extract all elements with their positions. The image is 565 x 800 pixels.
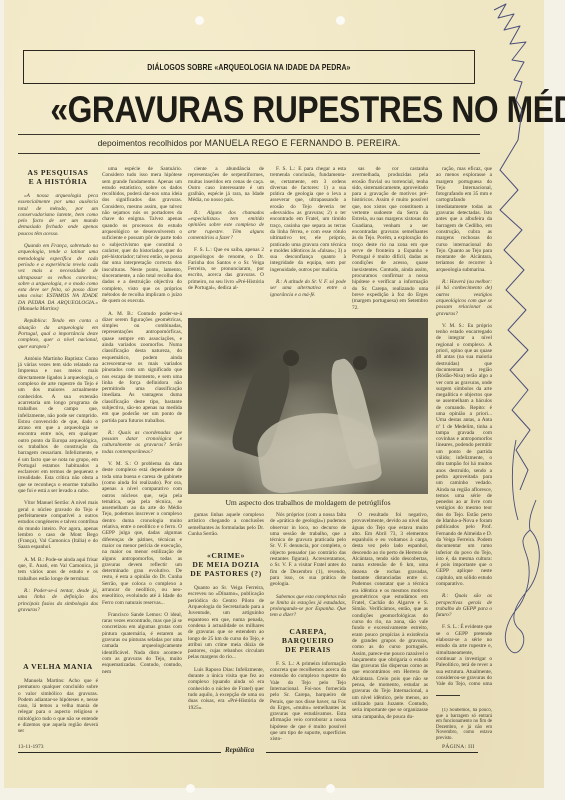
paragraph: F. S. L.: A primeira informação concreta… bbox=[270, 661, 346, 740]
section-title-velha-mania: A VELHA MANIA bbox=[18, 662, 98, 671]
paragraph: R.: Quais são as perspectivas gerais de … bbox=[436, 593, 492, 618]
photo-figure-head bbox=[353, 356, 367, 370]
paragraph: F. S. L.: Que eu saiba, apenas 2 arqueól… bbox=[188, 247, 264, 291]
section-title-carepa: CAREPA, BARQUEIRO DE PERAIS bbox=[270, 627, 346, 654]
column-6: ração, mas eficaz, que ao menos exploras… bbox=[436, 166, 492, 686]
photo-caption: Um aspecto dos trabalhos de moldagem de … bbox=[188, 498, 428, 507]
series-kicker: DIÁLOGOS SOBRE «ARQUEOLOGIA NA IDADE DA … bbox=[147, 62, 350, 72]
paragraph: V. M. S.: Eu próprio tenho estado encarr… bbox=[436, 323, 492, 587]
paragraph: R.: Alguns dos chamados «especialistas» … bbox=[188, 210, 264, 241]
paragraph: Quanto ao Sr. Veiga Ferreira, escreveu n… bbox=[188, 585, 264, 661]
paragraph: R.: Quais as coordenadas que possam data… bbox=[102, 430, 182, 455]
paragraph: uma espécie de Santuário. Considero tudo… bbox=[102, 166, 182, 305]
byline-authors: MANUELA REGO E FERNANDO B. PEREIRA. bbox=[204, 138, 400, 148]
paragraph: F. S. L.: E para chegar a esta tremenda … bbox=[270, 166, 346, 273]
newspaper-page: DIÁLOGOS SOBRE «ARQUEOLOGIA NA IDADE DA … bbox=[4, 0, 544, 788]
paragraph: R.: Poder-se-á tentar, desde já, uma lin… bbox=[18, 588, 98, 613]
column-1-lower: A VELHA MANIA Manuela Martins: Acho que … bbox=[18, 660, 98, 738]
paragraph: R.: A atitude do Sr. V. F. só pode ser u… bbox=[270, 279, 346, 298]
footer-rule-left bbox=[18, 752, 221, 753]
rule-below-byline bbox=[18, 153, 480, 154]
column-5-lower: O resultado foi negativo, provavelmente,… bbox=[352, 512, 428, 740]
footnote: (1) Soubemos, há pouco, que a barragem s… bbox=[436, 708, 492, 740]
punch-hole-right bbox=[336, 16, 345, 25]
paragraph: R.: Haverá (ou melhor: já há conheciment… bbox=[436, 279, 492, 317]
paragraph: ciente a abundância de representações de… bbox=[188, 166, 264, 204]
column-4: F. S. L.: E para chegar a esta tremenda … bbox=[270, 166, 346, 314]
paragraph: Quando em França, sobretudo na arqueolog… bbox=[18, 243, 98, 312]
paragraph: Manuela Martins: Acho que é prematuro qu… bbox=[18, 678, 98, 735]
paragraph: F. S. L.: É evidente que se o GEPP prete… bbox=[436, 624, 492, 686]
column-1: AS PESQUISAS E A HISTÓRIA «A nossa arque… bbox=[18, 166, 98, 636]
column-3: ciente a abundância de representações de… bbox=[188, 166, 264, 314]
section-title-pesquisas: AS PESQUISAS E A HISTÓRIA bbox=[18, 168, 98, 186]
punch-hole-left bbox=[195, 16, 204, 25]
paragraph: O resultado foi negativo, provavelmente,… bbox=[352, 512, 428, 720]
paragraph: V. M. S.: O problema da data deste compl… bbox=[102, 461, 182, 606]
paragraph: gumas linhas aquele complexo artístico c… bbox=[188, 512, 264, 537]
byline-prefix: depoimentos recolhidos por bbox=[98, 138, 202, 148]
section-title-crime: «CRIME» DE MEIA DOZIA DE PASTORES (?) bbox=[188, 551, 264, 578]
byline: depoimentos recolhidos por MANUELA REGO … bbox=[23, 138, 475, 148]
punch-hole-bottom-right bbox=[326, 784, 335, 793]
column-4-lower: Nós próprios (com a nossa falta de «prát… bbox=[270, 512, 346, 740]
footer-newspaper-name: República bbox=[225, 746, 254, 754]
paragraph: Vítor Manuel Serrão: A nível mais geral … bbox=[18, 500, 98, 550]
paragraph: «A nossa arqueologia peca essencialmente… bbox=[18, 193, 98, 237]
footnote-rule bbox=[436, 695, 460, 696]
footer-date: 13-11-1973 bbox=[18, 744, 43, 750]
paragraph: República: Tendo em conta a situação da … bbox=[18, 318, 98, 349]
column-3-lower: gumas linhas aquele complexo artístico c… bbox=[188, 512, 264, 740]
rule-above-byline bbox=[18, 134, 480, 135]
paragraph: Francisco Sande Lemos: O ideal, raras ve… bbox=[102, 612, 182, 675]
punch-hole-bottom-left bbox=[186, 784, 195, 793]
footer-rule-right bbox=[266, 752, 478, 753]
photo-figure-head bbox=[283, 350, 299, 366]
headline: «GRAVURAS RUPESTRES NO MÉDIO TEJO» bbox=[50, 89, 447, 131]
paragraph: António Martinho Baptista: Como já vária… bbox=[18, 356, 98, 495]
paragraph: Sabemos que esta completas não se limita… bbox=[270, 594, 346, 619]
paragraph: sas de cor castanha avermelhada, produzi… bbox=[352, 166, 428, 311]
paragraph: Nós próprios (com a nossa falta de «prát… bbox=[270, 512, 346, 588]
paragraph: Luís Raposo Dias: Infelizmente, durante … bbox=[188, 667, 264, 711]
paragraph: A. M. B.: Contudo poder-se-á dizer serem… bbox=[102, 311, 182, 424]
series-kicker-box: DIÁLOGOS SOBRE «ARQUEOLOGIA NA IDADE DA … bbox=[23, 50, 475, 84]
photo-petroglyph-molding bbox=[188, 318, 428, 494]
column-5: sas de cor castanha avermelhada, produzi… bbox=[352, 166, 428, 314]
footer-page-number: PÁGINA: III bbox=[442, 744, 474, 750]
paragraph: A. M. B.: Pode-se ainda aqui frisar que,… bbox=[18, 557, 98, 582]
paragraph: ração, mas eficaz, que ao menos exploras… bbox=[436, 166, 492, 273]
column-2: uma espécie de Santuário. Considero tudo… bbox=[102, 166, 182, 739]
